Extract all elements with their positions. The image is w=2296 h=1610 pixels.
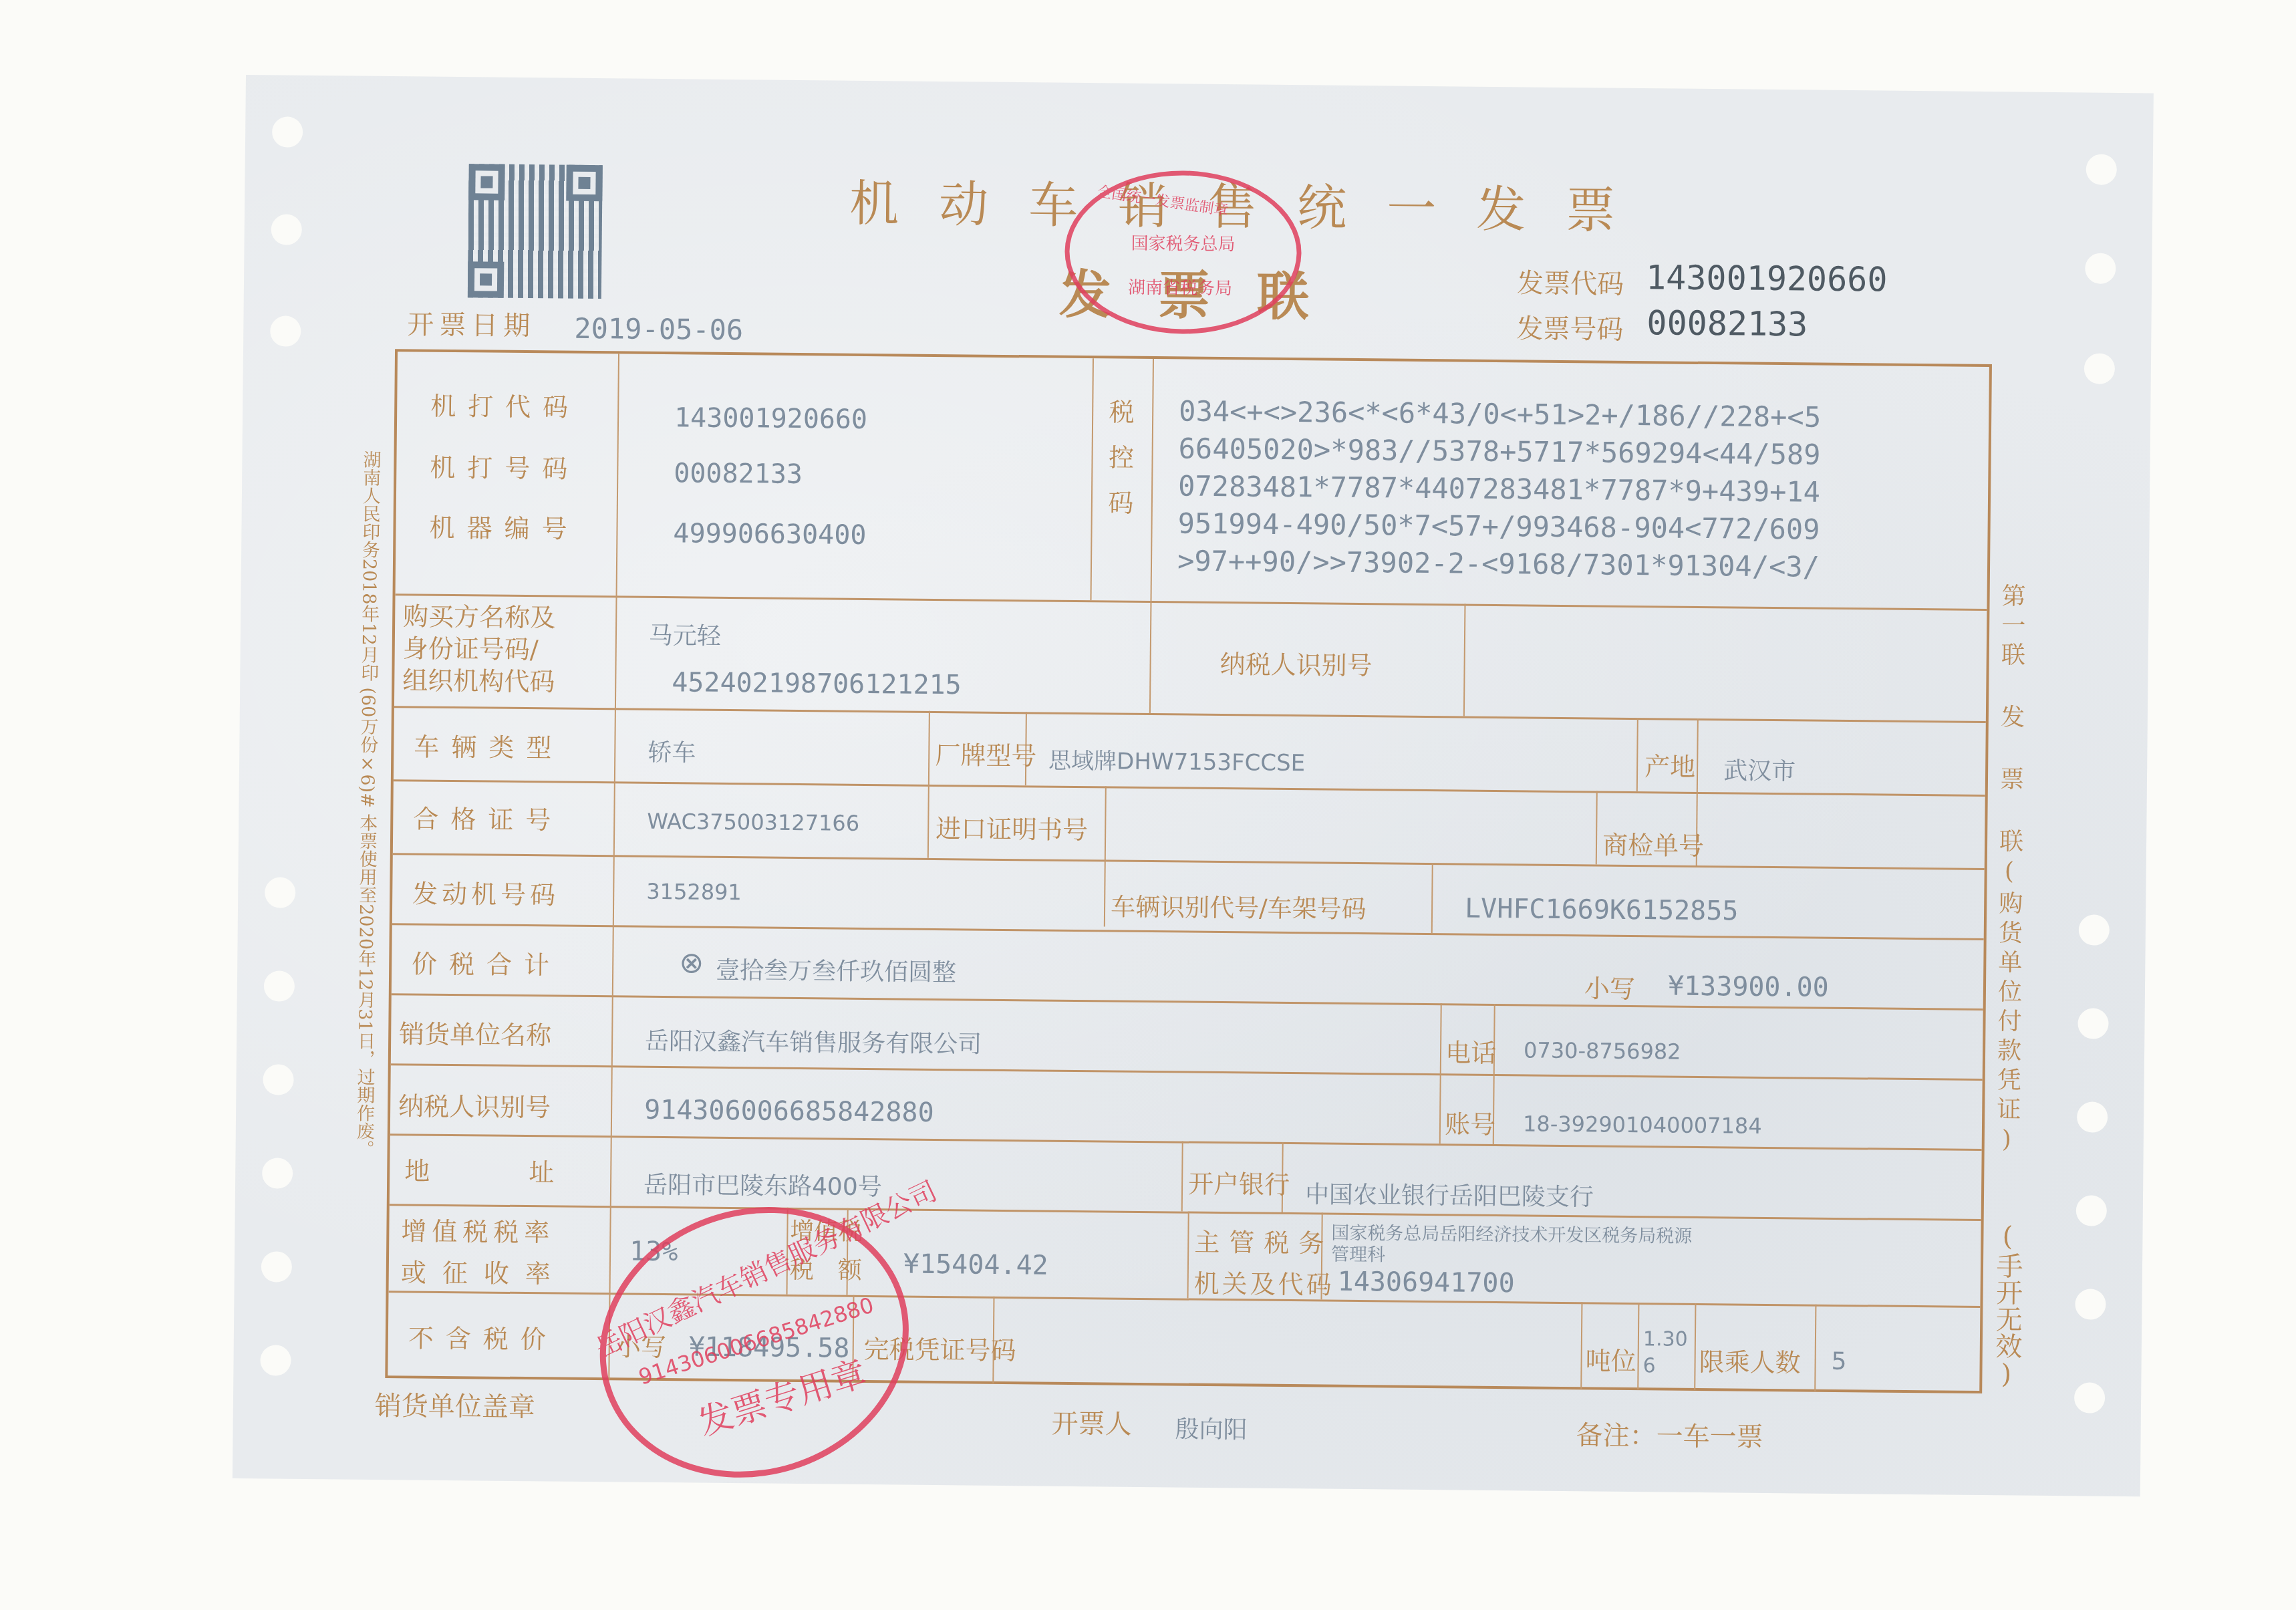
passengers-label: 限乘人数 [1699,1341,1801,1379]
copy-label: 第一联 发 票 联(购货单位付款凭证) [1993,583,2025,1158]
tax-authority-label: 主管税务 机关及代码 [1193,1222,1334,1306]
tax-control-line: 66405020>*983//5378+5717*569294<44/589 [1178,430,1820,473]
invoice-paper: 机动车销售统一发票 发票联 全国统一发票监制章 国家税务总局 湖南省税务局 发票… [233,75,2154,1496]
buyer-id: 452402198706121215 [672,667,962,700]
seller-taxpayer-id-label: 纳税人识别号 [398,1085,551,1123]
tax-control-line: 034<+<>236<*<6*43/0<+51>2+/186//228+<5 [1179,392,1821,436]
tax-authority-name: 国家税务总局岳阳经济技术开发区税务局税源管理科 [1331,1223,1699,1269]
machine-number-label: 机打号码 [430,447,580,485]
total-small: ¥133900.00 [1668,970,1829,1002]
phone-label: 电话 [1445,1032,1497,1069]
machine-code: 143001920660 [674,402,867,435]
tax-control-line: >97++90/>>73902-2-<9168/7301*91304/<3/ [1177,542,1820,585]
tonnage: 1.306 [1642,1326,1690,1380]
tax-control-line: 951994-490/50*7<57+/993468-904<772/609 [1177,505,1820,548]
address: 岳阳市巴陵东路400号 [643,1166,882,1202]
vat-amount: ¥15404.42 [903,1249,1048,1281]
tax-stamp-middle: 国家税务总局 [1131,230,1235,255]
invoice-number: 00082133 [1646,303,1808,344]
invoice-code: 143001920660 [1646,258,1888,299]
issue-date-label: 开票日期 [407,303,536,343]
total-label: 价税合计 [412,943,562,981]
vat-rate-label: 增值税税率 或征收率 [401,1210,567,1295]
drawer: 殷向阳 [1175,1410,1248,1445]
issue-date: 2019-05-06 [574,312,743,346]
phone: 0730-8756982 [1524,1037,1681,1064]
total-symbol-icon: ⊗ [679,946,704,980]
vin: LVHFC1669K6152855 [1465,894,1739,927]
brand-model-label: 厂牌型号 [935,734,1037,772]
brand-model: 思域牌DHW7153FCCSE [1048,743,1305,778]
certificate: WAC375003127166 [647,809,859,836]
buyer-label: 购买方名称及 身份证号码/ 组织机构代码 [402,600,555,698]
vin-label: 车辆识别代号/车架号码 [1111,886,1367,925]
machine-serial: 499906630400 [673,518,866,551]
invoice-table: 机打代码 机打号码 机器编号 143001920660 00082133 499… [385,349,1992,1393]
seller-taxpayer-id: 914306006685842880 [644,1095,934,1128]
machine-serial-label: 机器编号 [429,507,579,545]
total-small-label: 小写 [1584,968,1636,1005]
tax-authority-code: 14306941700 [1338,1266,1515,1299]
tax-stamp-top: 全国统一发票监制章 [1096,180,1230,221]
price-excl-tax-label: 不含税价 [408,1317,559,1355]
handwritten-invalid-note: (手开无效) [1987,1221,2027,1390]
remark: 备注：一车一票 [1576,1414,1763,1454]
buyer-taxpayer-id-label: 纳税人识别号 [1219,644,1373,682]
tax-bureau-stamp: 全国统一发票监制章 国家税务总局 湖南省税务局 [1064,170,1302,335]
passengers: 5 [1831,1348,1846,1375]
certificate-label: 合格证号 [413,798,563,836]
vehicle-type: 轿车 [648,734,696,769]
bank: 中国农业银行岳阳巴陵支行 [1305,1176,1594,1212]
drawer-label: 开票人 [1051,1403,1132,1442]
tax-control-label: 税控码 [1105,398,1132,535]
invoice-number-label: 发票号码 [1516,307,1624,347]
qr-code [468,164,603,299]
total-in-words: 壹拾叁万叁仟玖佰圆整 [716,952,956,988]
engine-label: 发动机号码 [412,873,560,911]
buyer-name: 马元轻 [649,617,722,652]
machine-code-label: 机打代码 [430,386,581,424]
account-label: 账号 [1445,1103,1496,1141]
vehicle-type-label: 车辆类型 [414,726,564,764]
bank-label: 开户银行 [1188,1164,1290,1201]
origin: 武汉市 [1723,752,1796,787]
inspection-label: 商检单号 [1602,825,1705,862]
origin-label: 产地 [1644,746,1696,783]
feed-holes-right [246,75,2154,93]
account: 18-392901040007184 [1523,1111,1762,1138]
tonnage-label: 吨位 [1585,1340,1636,1377]
seller-seal-label: 销货单位盖章 [375,1385,536,1424]
tax-stamp-bottom: 湖南省税务局 [1128,274,1232,299]
printer-note: 湖南人民印务2018年12月印 (60万份×6)# 本票使用至2020年12月3… [349,450,383,1319]
engine: 3152891 [646,879,742,905]
feed-holes-left [246,75,2154,93]
seller-name-label: 销货单位名称 [399,1013,552,1051]
machine-number: 00082133 [674,458,803,490]
import-cert-label: 进口证明书号 [936,808,1089,846]
address-label: 地 址 [404,1150,571,1188]
seller-name: 岳阳汉鑫汽车销售服务有限公司 [645,1023,982,1060]
invoice-code-label: 发票代码 [1517,262,1624,301]
tax-control-line: 07283481*7787*4407283481*7787*9+439+14 [1178,467,1820,511]
tax-control-code: 034<+<>236<*<6*43/0<+51>2+/186//228+<5 6… [1177,392,1822,585]
